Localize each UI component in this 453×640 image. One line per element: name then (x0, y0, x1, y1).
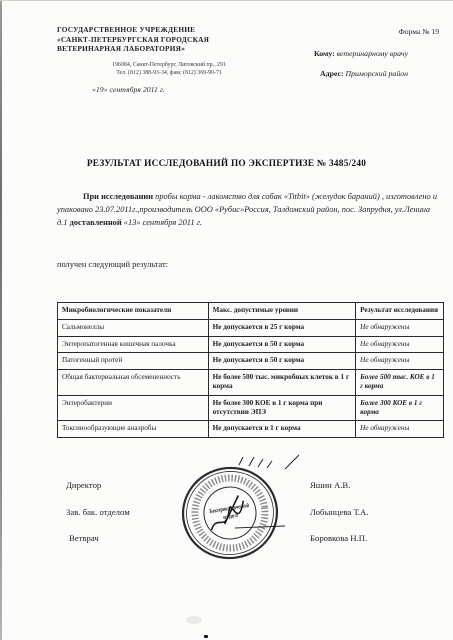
org-name-line1: ГОСУДАРСТВЕННОЕ УЧРЕЖДЕНИЕ (57, 25, 209, 35)
scan-artifact-dot (204, 635, 208, 638)
org-name-line3: ВЕТЕРИНАРНАЯ ЛАБОРАТОРИЯ» (57, 44, 209, 54)
document-date: «19» сентября 2011 г. (92, 85, 165, 94)
form-address-label: Адрес: (320, 69, 344, 78)
cell-indicator: Энтеропатогенная кишечная палочка (58, 336, 209, 353)
table-row: Токсинообразующие анаэробы Не допускаетс… (58, 421, 444, 438)
form-addressee-label: Кому: (314, 49, 335, 58)
table-row: Энтеропатогенная кишечная палочка Не доп… (58, 336, 444, 353)
form-address-value: Приморский район (345, 69, 408, 78)
stamp-top-scrawl (239, 457, 272, 468)
cell-limit: Не допускается в 50 г корма (208, 336, 356, 353)
header-limit: Макс. допустимые уровни (208, 303, 356, 320)
form-addressee: Кому: ветеринарному врачу (314, 49, 408, 58)
organization-header: ГОСУДАРСТВЕННОЕ УЧРЕЖДЕНИЕ «САНКТ-ПЕТЕРБ… (57, 25, 209, 54)
cell-result: Не обнаружены (356, 336, 444, 353)
form-addressee-value: ветеринарному врачу (337, 49, 408, 58)
cell-result: Не обнаружены (356, 319, 444, 336)
body-paragraph: При исследовании пробы корма - лакомство… (57, 190, 437, 229)
cell-limit: Не допускается в 50 г корма (208, 353, 356, 370)
scan-smudge (186, 616, 202, 624)
signature-name-bacteriology-head: Лобынцева Т.А. (310, 507, 369, 517)
cell-limit: Не более 500 тыс. микробных клеток в 1 г… (208, 370, 356, 396)
scan-edge-top (0, 0, 453, 1)
org-name-line2: «САНКТ-ПЕТЕРБУРГСКАЯ ГОРОДСКАЯ (57, 35, 209, 45)
cell-indicator: Общая бактериальная обсемененность (58, 370, 209, 396)
cell-result: Не обнаружены (356, 353, 444, 370)
cell-result-exceeded: Более 500 тыс. КОЕ в 1 г корма (356, 370, 444, 396)
table-header-row: Микробиологические показатели Макс. допу… (58, 303, 444, 320)
stamp-center-text-line2: отдел (223, 513, 239, 521)
form-number: Форма № 19 (399, 27, 439, 36)
cell-limit: Не допускается в 25 г корма (208, 319, 356, 336)
body-lead-bold: При исследовании (83, 192, 153, 201)
header-result: Результат исследования (356, 303, 444, 320)
cell-limit: Не допускается в 1 г корма (208, 421, 356, 438)
signature-position-bacteriology-head: Зав. бак. отделом (66, 507, 130, 517)
signature-name-vet: Боровкова Н.П. (310, 533, 367, 543)
table-row: Патогенный протей Не допускается в 50 г … (58, 353, 444, 370)
org-address-line2: Тел. (812) 388-93-34, факс (812) 369-90-… (66, 70, 272, 78)
org-address-line1: 196084, Санкт-Петербург, Лиговский пр., … (66, 62, 272, 70)
scanned-document-page: ГОСУДАРСТВЕННОЕ УЧРЕЖДЕНИЕ «САНКТ-ПЕТЕРБ… (0, 0, 453, 640)
signature-position-vet: Ветврач (69, 533, 99, 543)
table-row: Энтеробактерии Не более 300 КОЕ в 1 г ко… (58, 395, 444, 421)
result-intro-line: получен следующий результат: (57, 260, 168, 269)
signature-position-director: Директор (66, 480, 101, 490)
scan-edge-left (0, 0, 2, 640)
body-delivery-date: «13» сентября 2011 г. (122, 218, 202, 227)
cell-result: Не обнаружены (356, 421, 444, 438)
cell-indicator: Патогенный протей (58, 353, 209, 370)
cell-indicator: Токсинообразующие анаэробы (58, 421, 209, 438)
table-row: Сальмонеллы Не допускается в 25 г корма … (58, 319, 444, 336)
signature-slash-mark (285, 455, 299, 469)
form-address: Адрес: Приморский район (320, 69, 408, 78)
round-stamp: Бактериологический отдел (173, 453, 318, 571)
cell-limit: Не более 300 КОЕ в 1 г корма при отсутст… (208, 395, 356, 421)
cell-result-exceeded: Более 300 КОЕ в 1 г корма (356, 395, 444, 421)
document-title: РЕЗУЛЬТАТ ИССЛЕДОВАНИЙ ПО ЭКСПЕРТИЗЕ № 3… (0, 159, 453, 169)
results-table: Микробиологические показатели Макс. допу… (57, 302, 444, 438)
body-delivered-bold: доставленной (70, 218, 122, 227)
organization-address: 196084, Санкт-Петербург, Лиговский пр., … (66, 62, 272, 77)
cell-indicator: Сальмонеллы (58, 319, 209, 336)
cell-indicator: Энтеробактерии (58, 395, 209, 421)
header-indicator: Микробиологические показатели (58, 303, 209, 320)
table-row: Общая бактериальная обсемененность Не бо… (58, 370, 444, 396)
